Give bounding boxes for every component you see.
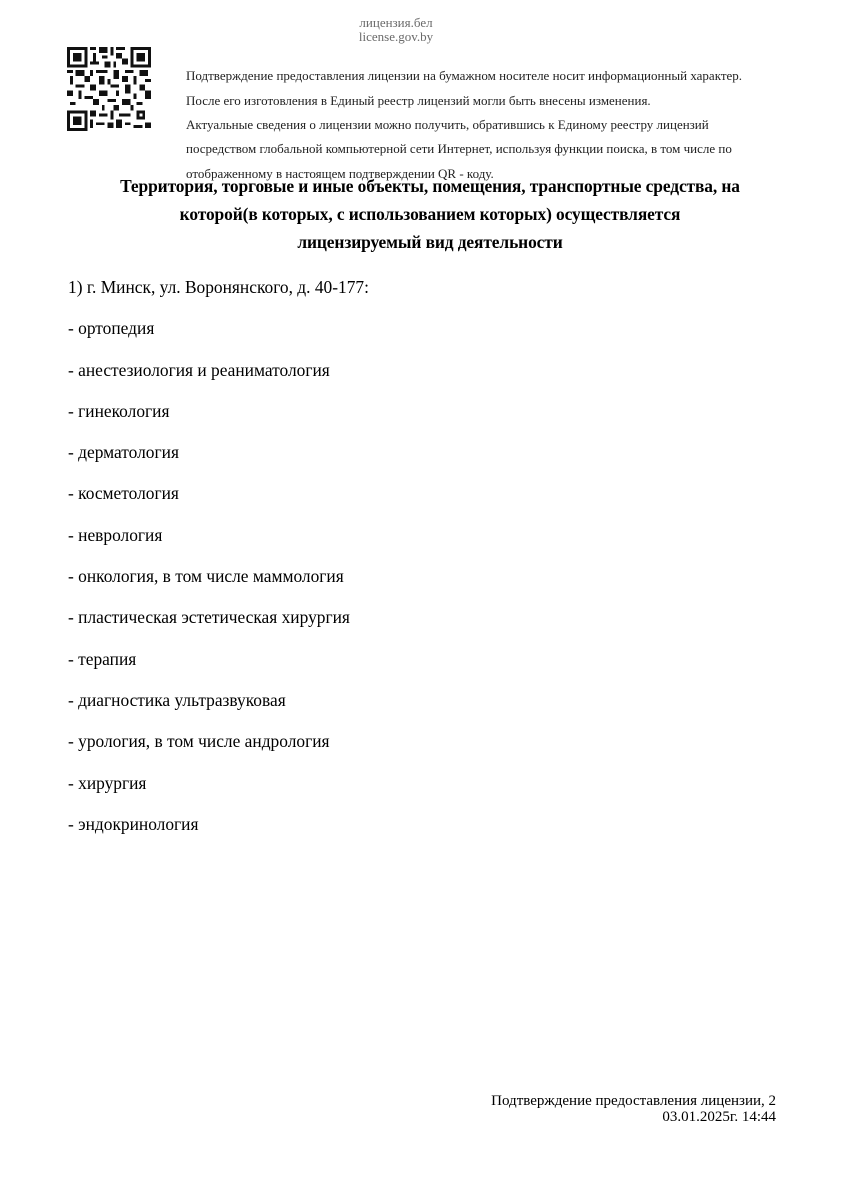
list-item: - анестезиология и реаниматология: [68, 360, 369, 401]
activity-list: 1) г. Минск, ул. Воронянского, д. 40-177…: [68, 277, 369, 855]
site-links: лицензия.бел license.gov.by: [354, 16, 438, 44]
list-item: - пластическая эстетическая хирургия: [68, 607, 369, 648]
disclaimer-line: посредством глобальной компьютерной сети…: [186, 143, 806, 155]
site-link-bel[interactable]: лицензия.бел: [354, 16, 438, 30]
list-item: - урология, в том числе андрология: [68, 731, 369, 772]
title-line: лицензируемый вид деятельности: [60, 228, 800, 256]
list-item: - дерматология: [68, 442, 369, 483]
list-item: - диагностика ультразвуковая: [68, 690, 369, 731]
footer-page-label: Подтверждение предоставления лицензии, 2: [491, 1093, 776, 1109]
footer-datetime: 03.01.2025г. 14:44: [491, 1109, 776, 1125]
title-line: Территория, торговые и иные объекты, пом…: [60, 172, 800, 200]
list-item: - онкология, в том числе маммология: [68, 566, 369, 607]
address-line: 1) г. Минск, ул. Воронянского, д. 40-177…: [68, 277, 369, 318]
list-item: - ортопедия: [68, 318, 369, 359]
list-item: - хирургия: [68, 773, 369, 814]
list-item: - косметология: [68, 483, 369, 524]
disclaimer-line: Подтверждение предоставления лицензии на…: [186, 70, 806, 82]
site-link-gov[interactable]: license.gov.by: [354, 30, 438, 44]
list-item: - гинекология: [68, 401, 369, 442]
disclaimer-line: Актуальные сведения о лицензии можно пол…: [186, 119, 806, 131]
title-line: которой(в которых, с использованием кото…: [60, 200, 800, 228]
document-title: Территория, торговые и иные объекты, пом…: [60, 172, 800, 256]
qr-code-icon: [67, 47, 151, 131]
list-item: - неврология: [68, 525, 369, 566]
disclaimer-line: После его изготовления в Единый реестр л…: [186, 95, 806, 107]
list-item: - эндокринология: [68, 814, 369, 855]
list-item: - терапия: [68, 649, 369, 690]
page-footer: Подтверждение предоставления лицензии, 2…: [491, 1093, 776, 1125]
